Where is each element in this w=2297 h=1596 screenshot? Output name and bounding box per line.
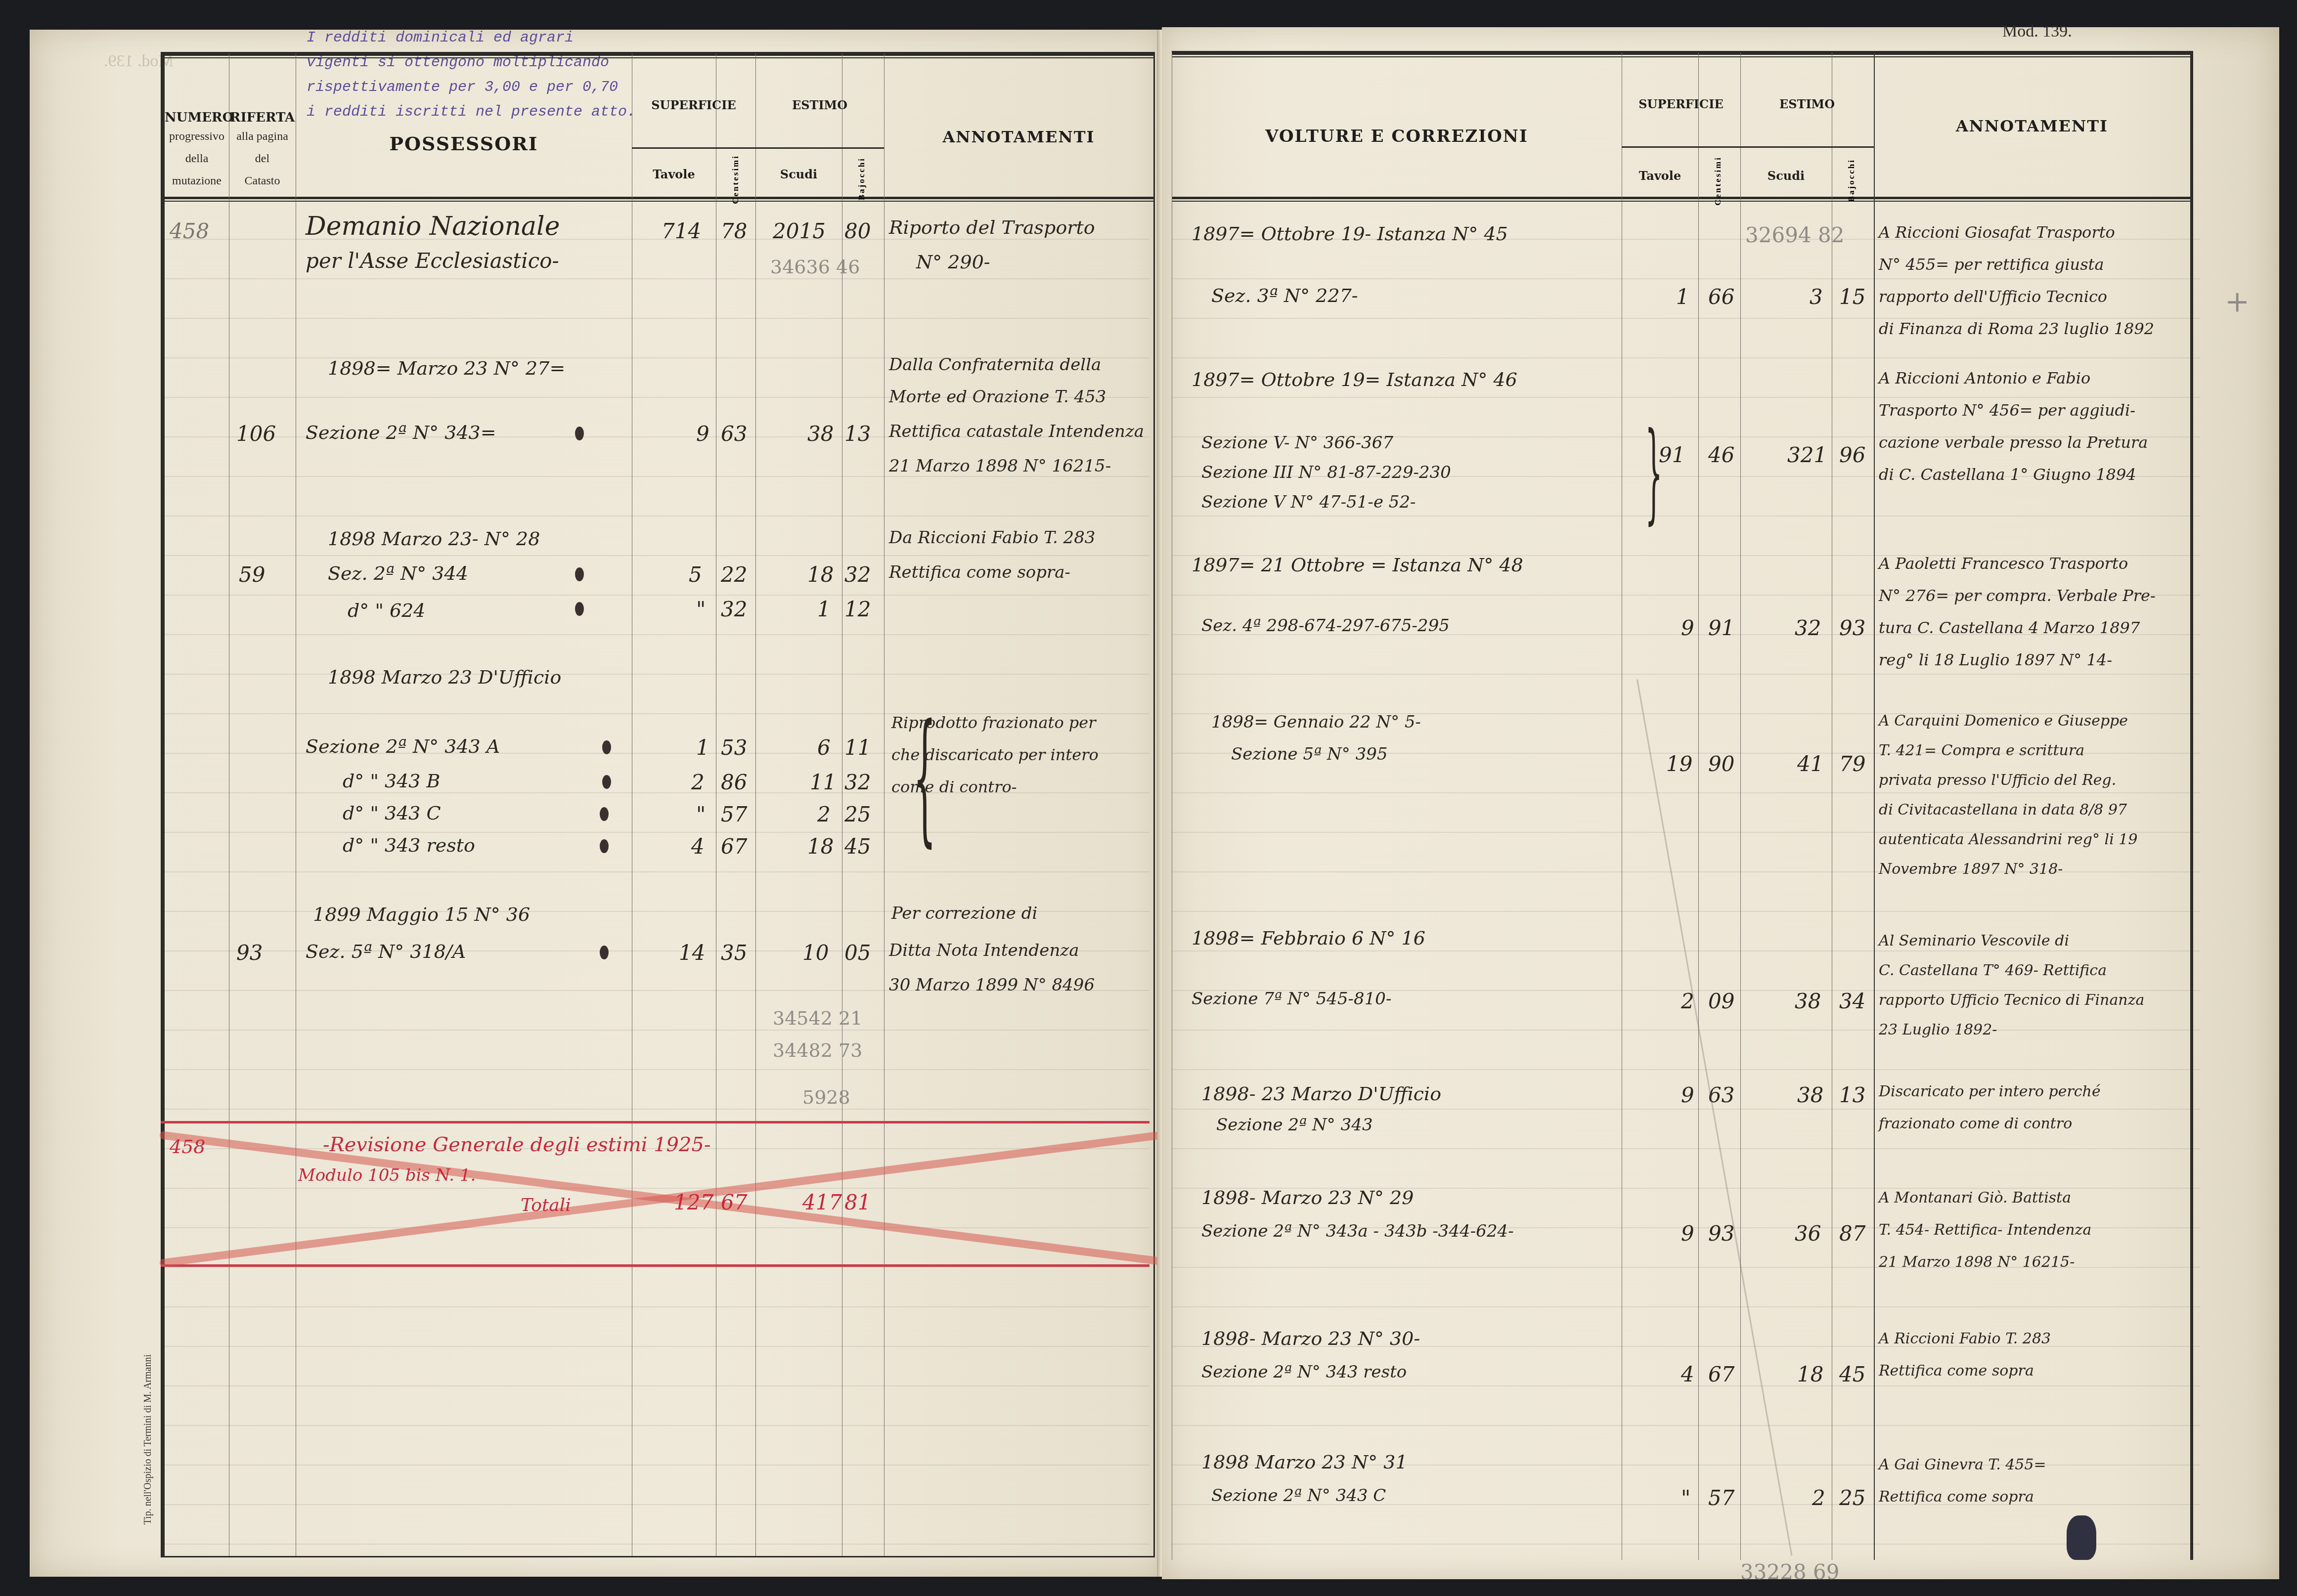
annotation-line: Ditta Nota Intendenza (889, 941, 1079, 960)
ink-dot (575, 427, 584, 440)
cell-scudi: 321 (1787, 443, 1827, 467)
voltura-line: 1897= Ottobre 19- Istanza N° 45 (1192, 223, 1508, 245)
possessore-line: per l'Asse Ecclesiastico- (306, 249, 559, 273)
cell-bajocchi: 87 (1839, 1221, 1865, 1246)
voltura-line: Sezione V- N° 366-367 (1201, 433, 1393, 453)
col-divider (755, 53, 756, 1556)
cell-tavole: 14 (679, 941, 705, 965)
cell-tavole: 714 (662, 219, 701, 243)
ink-dot (602, 775, 611, 789)
cell-tavole: 2 (691, 770, 705, 794)
cell-centesimi: 57 (1708, 1486, 1734, 1510)
cell-centesimi: 86 (721, 770, 747, 794)
cell-centesimi: 53 (721, 735, 747, 760)
header-bottom-rule (1172, 197, 2190, 202)
annotation-line: 21 Marzo 1898 N° 16215- (1879, 1253, 2075, 1271)
cell-bajocchi: 80 (844, 219, 871, 243)
cell-scudi: 38 (1797, 1083, 1823, 1107)
possessore-line: d° " 343 resto (343, 834, 475, 856)
annotation-line: A Carquini Domenico e Giuseppe (1879, 712, 2128, 730)
cell-centesimi: 67 (721, 834, 747, 859)
annotation-line: di Civitacastellana in data 8/8 97 (1879, 801, 2127, 819)
header-estimo: ESTIMO (1740, 97, 1874, 111)
header-superficie: SUPERFICIE (1622, 97, 1740, 111)
annotation-line: Dalla Confraternita della (889, 355, 1101, 375)
annotation-line: C. Castellana T° 469- Rettifica (1879, 962, 2107, 979)
cell-scudi: 6 (817, 735, 831, 760)
left-page: Mod. 139. I redditi dominicali ed agrari… (30, 30, 1162, 1577)
annotation-line: Per correzione di (891, 904, 1037, 923)
cell-centesimi: 22 (721, 562, 747, 587)
pencil-total: 33228 69 (1740, 1560, 1839, 1584)
voltura-line: Sez. 4ª 298-674-297-675-295 (1201, 616, 1450, 636)
right-page: Mod. 139. VOLTURE E CORREZIONI SUPERFICI… (1162, 27, 2279, 1579)
header-superficie: SUPERFICIE (632, 98, 755, 112)
annotation-line: A Paoletti Francesco Trasporto (1879, 554, 2128, 573)
annotation-line: N° 276= per compra. Verbale Pre- (1879, 586, 2156, 605)
col-divider (296, 53, 296, 1556)
col-divider (1698, 52, 1699, 1560)
pencil-note: 34482 73 (773, 1039, 862, 1061)
annotation-line: reg° li 18 Luglio 1897 N° 14- (1879, 650, 2112, 669)
cell-scudi: 11 (810, 770, 836, 794)
annotation-line: Riporto del Trasporto (889, 216, 1095, 238)
col-divider (632, 53, 632, 1556)
cell-scudi: 2 (817, 802, 831, 826)
cell-scudi: 32 (1795, 616, 1821, 640)
possessore-line: 1898 Marzo 23 D'Ufficio (328, 666, 561, 688)
header-riferta-sub-3: Catasto (229, 172, 296, 190)
annotation-line: A Gai Ginevra T. 455= (1879, 1456, 2046, 1473)
annotation-line: Discaricato per intero perché (1879, 1083, 2101, 1100)
entry-riferta: 59 (239, 562, 265, 587)
col-divider (1622, 52, 1622, 1560)
voltura-line: Sez. 3ª N° 227- (1211, 285, 1358, 306)
cell-scudi: 18 (807, 834, 834, 859)
top-rule (165, 53, 1153, 58)
revision-totali-label: Totali (521, 1195, 571, 1215)
red-rule-bottom (161, 1264, 1149, 1267)
annotation-line: privata presso l'Ufficio del Reg. (1879, 772, 2116, 789)
cell-centesimi: 46 (1708, 443, 1734, 467)
ink-dot (575, 602, 584, 616)
revision-tavole: 127 (674, 1190, 713, 1214)
possessore-line: 1899 Maggio 15 N° 36 (313, 904, 530, 925)
cell-bajocchi: 11 (844, 735, 871, 760)
pencil-estimo: 32694 82 (1745, 223, 1844, 247)
pencil-note: 34636 46 (770, 256, 860, 278)
header-tavole: Tavole (1622, 169, 1698, 183)
cell-tavole: 19 (1666, 752, 1692, 776)
annotation-line: A Riccioni Giosafat Trasporto (1879, 223, 2115, 242)
cell-centesimi: 09 (1708, 989, 1734, 1013)
voltura-line: 1898- 23 Marzo D'Ufficio (1201, 1083, 1441, 1105)
annotation-line: Rettifica catastale Intendenza (889, 422, 1144, 441)
annotation-line: Rettifica come sopra (1879, 1488, 2034, 1506)
cell-centesimi: 67 (1708, 1362, 1734, 1386)
col-divider (716, 53, 716, 1556)
cell-tavole: 1 (1676, 285, 1689, 309)
cell-bajocchi: 45 (844, 834, 871, 859)
possessore-line: Sezione 2ª N° 343 A (306, 735, 500, 757)
cell-scudi: 2015 (773, 219, 826, 243)
voltura-line: 1897= Ottobre 19= Istanza N° 46 (1192, 369, 1517, 390)
cell-tavole: " (696, 802, 706, 826)
cell-scudi: 41 (1797, 752, 1823, 776)
annotation-line: Morte ed Orazione T. 453 (889, 387, 1106, 407)
annotation-line: Rettifica come sopra- (889, 562, 1070, 582)
annotation-line: N° 290- (916, 251, 990, 273)
annotation-line: Al Seminario Vescovile di (1879, 932, 2069, 949)
annotation-line: T. 454- Rettifica- Intendenza (1879, 1221, 2091, 1239)
voltura-line: Sezione 7ª N° 545-810- (1192, 989, 1391, 1009)
header-estimo: ESTIMO (755, 98, 884, 112)
voltura-line: 1897= 21 Ottobre = Istanza N° 48 (1192, 554, 1523, 576)
cell-centesimi: 66 (1708, 285, 1734, 309)
header-annotamenti: ANNOTAMENTI (1874, 117, 2190, 135)
possessore-line: d° " 343 C (343, 802, 441, 824)
stamp-line-1: I redditi dominicali ed agrari (307, 26, 574, 50)
cell-tavole: 9 (1681, 616, 1694, 640)
col-divider (1874, 52, 1875, 1560)
annotation-line: A Riccioni Antonio e Fabio (1879, 369, 2090, 388)
cell-scudi: 10 (802, 941, 829, 965)
cell-tavole: " (1681, 1486, 1690, 1510)
header-volture: VOLTURE E CORREZIONI (1172, 127, 1622, 146)
pencil-note: 34542 21 (773, 1007, 862, 1029)
cell-scudi: 38 (807, 422, 834, 446)
revision-centesimi: 67 (721, 1190, 747, 1214)
header-scudi: Scudi (755, 167, 842, 181)
voltura-line: 1898- Marzo 23 N° 30- (1201, 1328, 1420, 1349)
voltura-line: Sezione 2ª N° 343a - 343b -344-624- (1201, 1221, 1514, 1241)
cell-tavole: 5 (689, 562, 702, 587)
header-riferta-sub-2: del (229, 150, 296, 168)
voltura-line: 1898 Marzo 23 N° 31 (1201, 1451, 1408, 1473)
annotation-line: T. 421= Compra e scrittura (1879, 742, 2084, 759)
col-divider (842, 53, 842, 1556)
voltura-line: 1898= Febbraio 6 N° 16 (1192, 927, 1425, 949)
header-tavole: Tavole (632, 167, 716, 181)
ink-dot (600, 839, 609, 853)
cell-tavole: 9 (696, 422, 709, 446)
header-riferta-sub-1: alla pagina (229, 128, 296, 145)
ink-dot (575, 567, 584, 581)
voltura-line: Sezione V N° 47-51-e 52- (1201, 492, 1416, 512)
cell-tavole: 9 (1681, 1221, 1694, 1246)
col-divider (1740, 52, 1741, 1560)
subheader-rule (632, 147, 884, 149)
printer-note: Tip. nell'Ospizio di Termini di M. Arman… (142, 1354, 154, 1524)
header-annotamenti: ANNOTAMENTI (884, 128, 1153, 146)
annotation-line: 23 Luglio 1892- (1879, 1021, 1997, 1038)
entry-riferta: 106 (236, 422, 276, 446)
ink-dot (600, 946, 609, 959)
cell-centesimi: 35 (721, 941, 747, 965)
possessore-line: d° " 343 B (343, 770, 441, 792)
cell-bajocchi: 25 (844, 802, 871, 826)
top-rule (1172, 52, 2190, 57)
annotation-line: che discaricato per intero (891, 745, 1099, 764)
voltura-line: Sezione 2ª N° 343 resto (1201, 1362, 1407, 1382)
header-numero-sub-2: della (165, 150, 229, 168)
annotation-line: rapporto dell'Ufficio Tecnico (1879, 287, 2107, 306)
col-divider (1832, 52, 1832, 1560)
annotation-line: A Montanari Giò. Battista (1879, 1189, 2071, 1207)
revision-scudi: 417 (802, 1190, 842, 1214)
annotation-line: autenticata Alessandrini reg° li 19 (1879, 831, 2138, 848)
annotation-line: di C. Castellana 1° Giugno 1894 (1879, 465, 2136, 484)
cell-scudi: 36 (1795, 1221, 1821, 1246)
annotation-line: Riprodotto frazionato per (891, 713, 1096, 732)
header-riferta: RIFERTA (229, 110, 296, 125)
cell-bajocchi: 32 (844, 562, 871, 587)
annotation-line: Novembre 1897 N° 318- (1879, 861, 2063, 878)
cell-bajocchi: 96 (1839, 443, 1865, 467)
possessore-line: Sez. 2ª N° 344 (328, 562, 468, 584)
cell-centesimi: 63 (721, 422, 747, 446)
header-bajocchi: Bajocchi (857, 157, 867, 200)
cell-bajocchi: 25 (1839, 1486, 1865, 1510)
annotation-line: rapporto Ufficio Tecnico di Finanza (1879, 992, 2144, 1009)
annotation-line: N° 455= per rettifica giusta (1879, 255, 2104, 274)
cell-tavole: 91 (1659, 443, 1685, 467)
pencil-note: 5928 (802, 1086, 850, 1108)
possessore-line: Demanio Nazionale (306, 212, 560, 241)
cell-centesimi: 93 (1708, 1221, 1734, 1246)
annotation-line: frazionato come di contro (1879, 1115, 2072, 1132)
cell-scudi: 38 (1795, 989, 1821, 1013)
subheader-rule (1622, 146, 1874, 148)
ink-dot (600, 807, 609, 821)
cell-centesimi: 32 (721, 597, 747, 621)
cell-bajocchi: 32 (844, 770, 871, 794)
cell-bajocchi: 15 (1839, 285, 1865, 309)
annotation-line: di Finanza di Roma 23 luglio 1892 (1879, 319, 2154, 338)
cell-bajocchi: 13 (844, 422, 871, 446)
annotation-line: 21 Marzo 1898 N° 16215- (889, 456, 1111, 476)
possessore-line: Sez. 5ª N° 318/A (306, 941, 466, 962)
header-numero: NUMERO (165, 110, 229, 125)
col-divider (884, 53, 884, 1556)
cell-tavole: " (696, 597, 706, 621)
header-numero-sub-1: progressivo (165, 128, 229, 145)
cell-tavole: 4 (1681, 1362, 1694, 1386)
ink-dot (602, 740, 611, 754)
annotation-line: 30 Marzo 1899 N° 8496 (889, 975, 1095, 995)
revision-modulo: Modulo 105 bis N. 1. (298, 1165, 476, 1185)
cell-scudi: 1 (817, 597, 831, 621)
cell-bajocchi: 79 (1839, 752, 1865, 776)
cell-tavole: 9 (1681, 1083, 1694, 1107)
cell-bajocchi: 13 (1839, 1083, 1865, 1107)
revision-title: -Revisione Generale degli estimi 1925- (323, 1133, 710, 1156)
revision-numero: 458 (170, 1136, 206, 1158)
cell-tavole: 1 (696, 735, 709, 760)
col-divider (229, 53, 229, 1556)
cell-centesimi: 78 (721, 219, 747, 243)
red-rule-top (161, 1121, 1149, 1123)
header-scudi: Scudi (1740, 169, 1832, 183)
form-number: Mod. 139. (2002, 22, 2072, 41)
annotation-line: A Riccioni Fabio T. 283 (1879, 1330, 2051, 1347)
cell-scudi: 3 (1810, 285, 1823, 309)
possessore-line: 1898= Marzo 23 N° 27= (328, 357, 565, 379)
cell-scudi: 18 (807, 562, 834, 587)
annotation-line: tura C. Castellana 4 Marzo 1897 (1879, 618, 2140, 637)
cell-centesimi: 57 (721, 802, 747, 826)
margin-mark: + (2225, 284, 2250, 319)
ink-blot (2067, 1515, 2096, 1560)
possessore-line: Sezione 2ª N° 343= (306, 422, 496, 443)
voltura-line: Sezione III N° 81-87-229-230 (1201, 463, 1451, 482)
voltura-line: 1898= Gennaio 22 N° 5- (1211, 712, 1421, 732)
entry-numero: 458 (170, 219, 209, 243)
annotation-line: Da Riccioni Fabio T. 283 (889, 528, 1095, 548)
cell-bajocchi: 12 (844, 597, 871, 621)
header-possessori: POSSESSORI (296, 132, 632, 155)
register-table-left: NUMERO progressivo della mutazione RIFER… (161, 52, 1155, 1557)
cell-bajocchi: 45 (1839, 1362, 1865, 1386)
register-table-right: VOLTURE E CORREZIONI SUPERFICIE Tavole C… (1172, 51, 2193, 1560)
voltura-line: Sezione 2ª N° 343 C (1211, 1486, 1386, 1506)
cell-bajocchi: 05 (844, 941, 871, 965)
voltura-line: 1898- Marzo 23 N° 29 (1201, 1187, 1414, 1208)
possessore-line: d° " 624 (348, 600, 426, 621)
entry-riferta: 93 (236, 941, 263, 965)
annotation-line: come di contro- (891, 777, 1017, 796)
annotation-line: cazione verbale presso la Pretura (1879, 433, 2148, 452)
voltura-line: Sezione 5ª N° 395 (1231, 744, 1388, 764)
header-bottom-rule (165, 197, 1153, 202)
cell-bajocchi: 93 (1839, 616, 1865, 640)
header-numero-sub-3: mutazione (165, 172, 229, 190)
cell-scudi: 2 (1812, 1486, 1825, 1510)
header-centesimi: Centesimi (1713, 156, 1723, 206)
voltura-line: Sezione 2ª N° 343 (1216, 1115, 1373, 1135)
cell-centesimi: 91 (1708, 616, 1734, 640)
annotation-line: Rettifica come sopra (1879, 1362, 2034, 1380)
cell-centesimi: 90 (1708, 752, 1734, 776)
col-divider (1172, 52, 1172, 1560)
cell-bajocchi: 34 (1839, 989, 1865, 1013)
annotation-line: Trasporto N° 456= per aggiudi- (1879, 401, 2135, 420)
possessore-line: 1898 Marzo 23- N° 28 (328, 528, 540, 550)
header-bajocchi: Bajocchi (1847, 159, 1856, 202)
cell-tavole: 4 (691, 834, 705, 859)
revision-bajocchi: 81 (844, 1190, 871, 1214)
header-centesimi: Centesimi (731, 155, 741, 204)
cell-scudi: 18 (1797, 1362, 1823, 1386)
